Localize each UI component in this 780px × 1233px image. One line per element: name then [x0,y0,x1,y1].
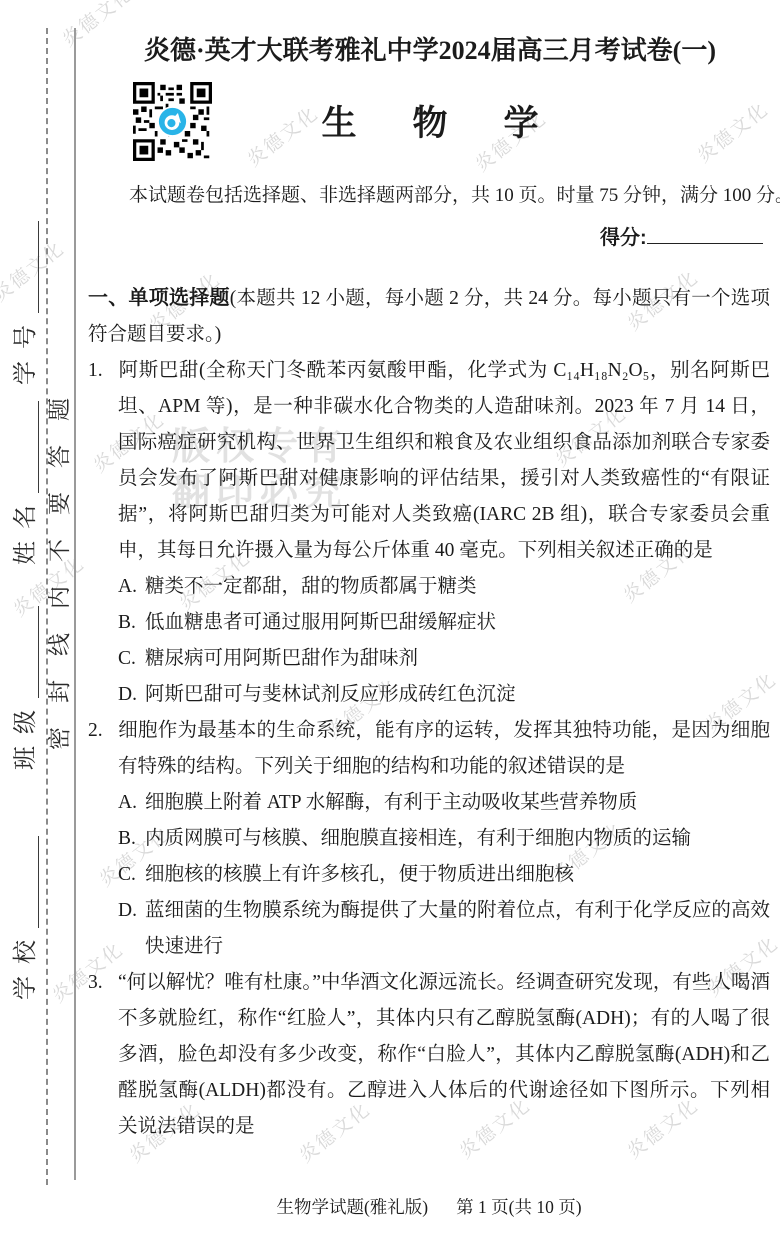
option-label: A. [118,785,145,821]
option-label: C. [118,641,145,677]
name-field: 姓名 [2,401,42,565]
exam-title: 炎德·英才大联考雅礼中学2024届高三月考试卷(一) [90,30,770,67]
question-2-stem: 细胞作为最基本的生命系统，能有序的运转，发挥其独特功能，是因为细胞有特殊的结构。… [118,720,770,777]
question-2-option-d: D.蓝细菌的生物膜系统为酶提供了大量的附着位点，有利于化学反应的高效快速进行 [88,893,770,965]
option-label: C. [118,857,145,893]
question-2-option-a: A.细胞膜上附着 ATP 水解酶，有利于主动吸收某些营养物质 [88,785,770,821]
footer-page-info: 第 1 页(共 10 页) [456,1197,581,1217]
option-label: B. [118,821,145,857]
option-text: 内质网膜可与核膜、细胞膜直接相连，有利于细胞内物质的运输 [145,828,691,849]
score-row: 得分: [600,221,763,250]
option-text: 细胞膜上附着 ATP 水解酶，有利于主动吸收某些营养物质 [145,792,637,813]
option-text: 糖类不一定都甜，甜的物质都属于糖类 [145,576,477,597]
student-id-blank [8,221,39,313]
question-1-option-d: D.阿斯巴甜可与斐林试剂反应形成砖红色沉淀 [88,677,770,713]
student-id-field: 学号 [2,221,42,385]
option-text: 蓝细菌的生物膜系统为酶提供了大量的附着位点，有利于化学反应的高效快速进行 [145,900,770,957]
option-label: D. [118,677,145,713]
question-1: 1.阿斯巴甜(全称天门冬酰苯丙氨酸甲酯，化学式为 C₁₄H₁₈N₂O₅，别名阿斯… [88,353,770,569]
question-1-option-b: B.低血糖患者可通过服用阿斯巴甜缓解症状 [88,605,770,641]
page-footer: 生物学试题(雅礼版)第 1 页(共 10 页) [88,1194,770,1219]
subject-title: 生物学 [95,96,765,146]
question-2-option-c: C.细胞核的核膜上有许多核孔，便于物质进出细胞核 [88,857,770,893]
option-label: A. [118,569,145,605]
section-title: 一、单项选择题 [88,287,230,309]
question-1-stem: 阿斯巴甜(全称天门冬酰苯丙氨酸甲酯，化学式为 C₁₄H₁₈N₂O₅，别名阿斯巴坦… [118,360,770,561]
seal-margin: 学校 班级 姓名 学号 密封线内不要答题 [0,30,78,1190]
footer-doc-title: 生物学试题(雅礼版) [276,1197,428,1217]
class-field: 班级 [2,606,42,770]
question-3-stem: “何以解忧？唯有杜康。”中华酒文化源远流长。经调查研究发现，有些人喝酒不多就脸红… [118,972,770,1137]
school-field: 学校 [2,836,42,1000]
option-text: 阿斯巴甜可与斐林试剂反应形成砖红色沉淀 [145,684,516,705]
exam-instructions: 本试题卷包括选择题、非选择题两部分，共 10 页。时量 75 分钟，满分 100… [129,180,780,207]
school-blank [8,836,39,928]
question-1-number: 1. [88,353,118,389]
option-text: 糖尿病可用阿斯巴甜作为甜味剂 [145,648,418,669]
class-blank [8,606,39,698]
exam-content: 一、单项选择题(本题共 12 小题，每小题 2 分，共 24 分。每小题只有一个… [88,280,770,1145]
section-header: 一、单项选择题(本题共 12 小题，每小题 2 分，共 24 分。每小题只有一个… [88,280,770,353]
exam-page: 炎德文化 炎德文化 炎德文化 炎德文化 炎德文化 炎德文化 炎德文化 炎德文化 … [0,0,780,1233]
student-id-label: 学号 [5,313,40,385]
class-label: 班级 [5,698,40,770]
score-label: 得分: [600,227,647,249]
name-blank [8,401,39,493]
name-label: 姓名 [5,493,40,565]
question-1-option-a: A.糖类不一定都甜，甜的物质都属于糖类 [88,569,770,605]
option-label: D. [118,893,145,929]
question-3-number: 3. [88,965,118,1001]
question-2-option-b: B.内质网膜可与核膜、细胞膜直接相连，有利于细胞内物质的运输 [88,821,770,857]
seal-notice-text: 密封线内不要答题 [44,374,76,750]
question-1-option-c: C.糖尿病可用阿斯巴甜作为甜味剂 [88,641,770,677]
option-text: 低血糖患者可通过服用阿斯巴甜缓解症状 [145,612,496,633]
school-label: 学校 [5,928,40,1000]
question-2-number: 2. [88,713,118,749]
score-blank [647,221,763,244]
question-2: 2.细胞作为最基本的生命系统，能有序的运转，发挥其独特功能，是因为细胞有特殊的结… [88,713,770,785]
question-3: 3.“何以解忧？唯有杜康。”中华酒文化源远流长。经调查研究发现，有些人喝酒不多就… [88,965,770,1145]
option-label: B. [118,605,145,641]
option-text: 细胞核的核膜上有许多核孔，便于物质进出细胞核 [145,864,574,885]
